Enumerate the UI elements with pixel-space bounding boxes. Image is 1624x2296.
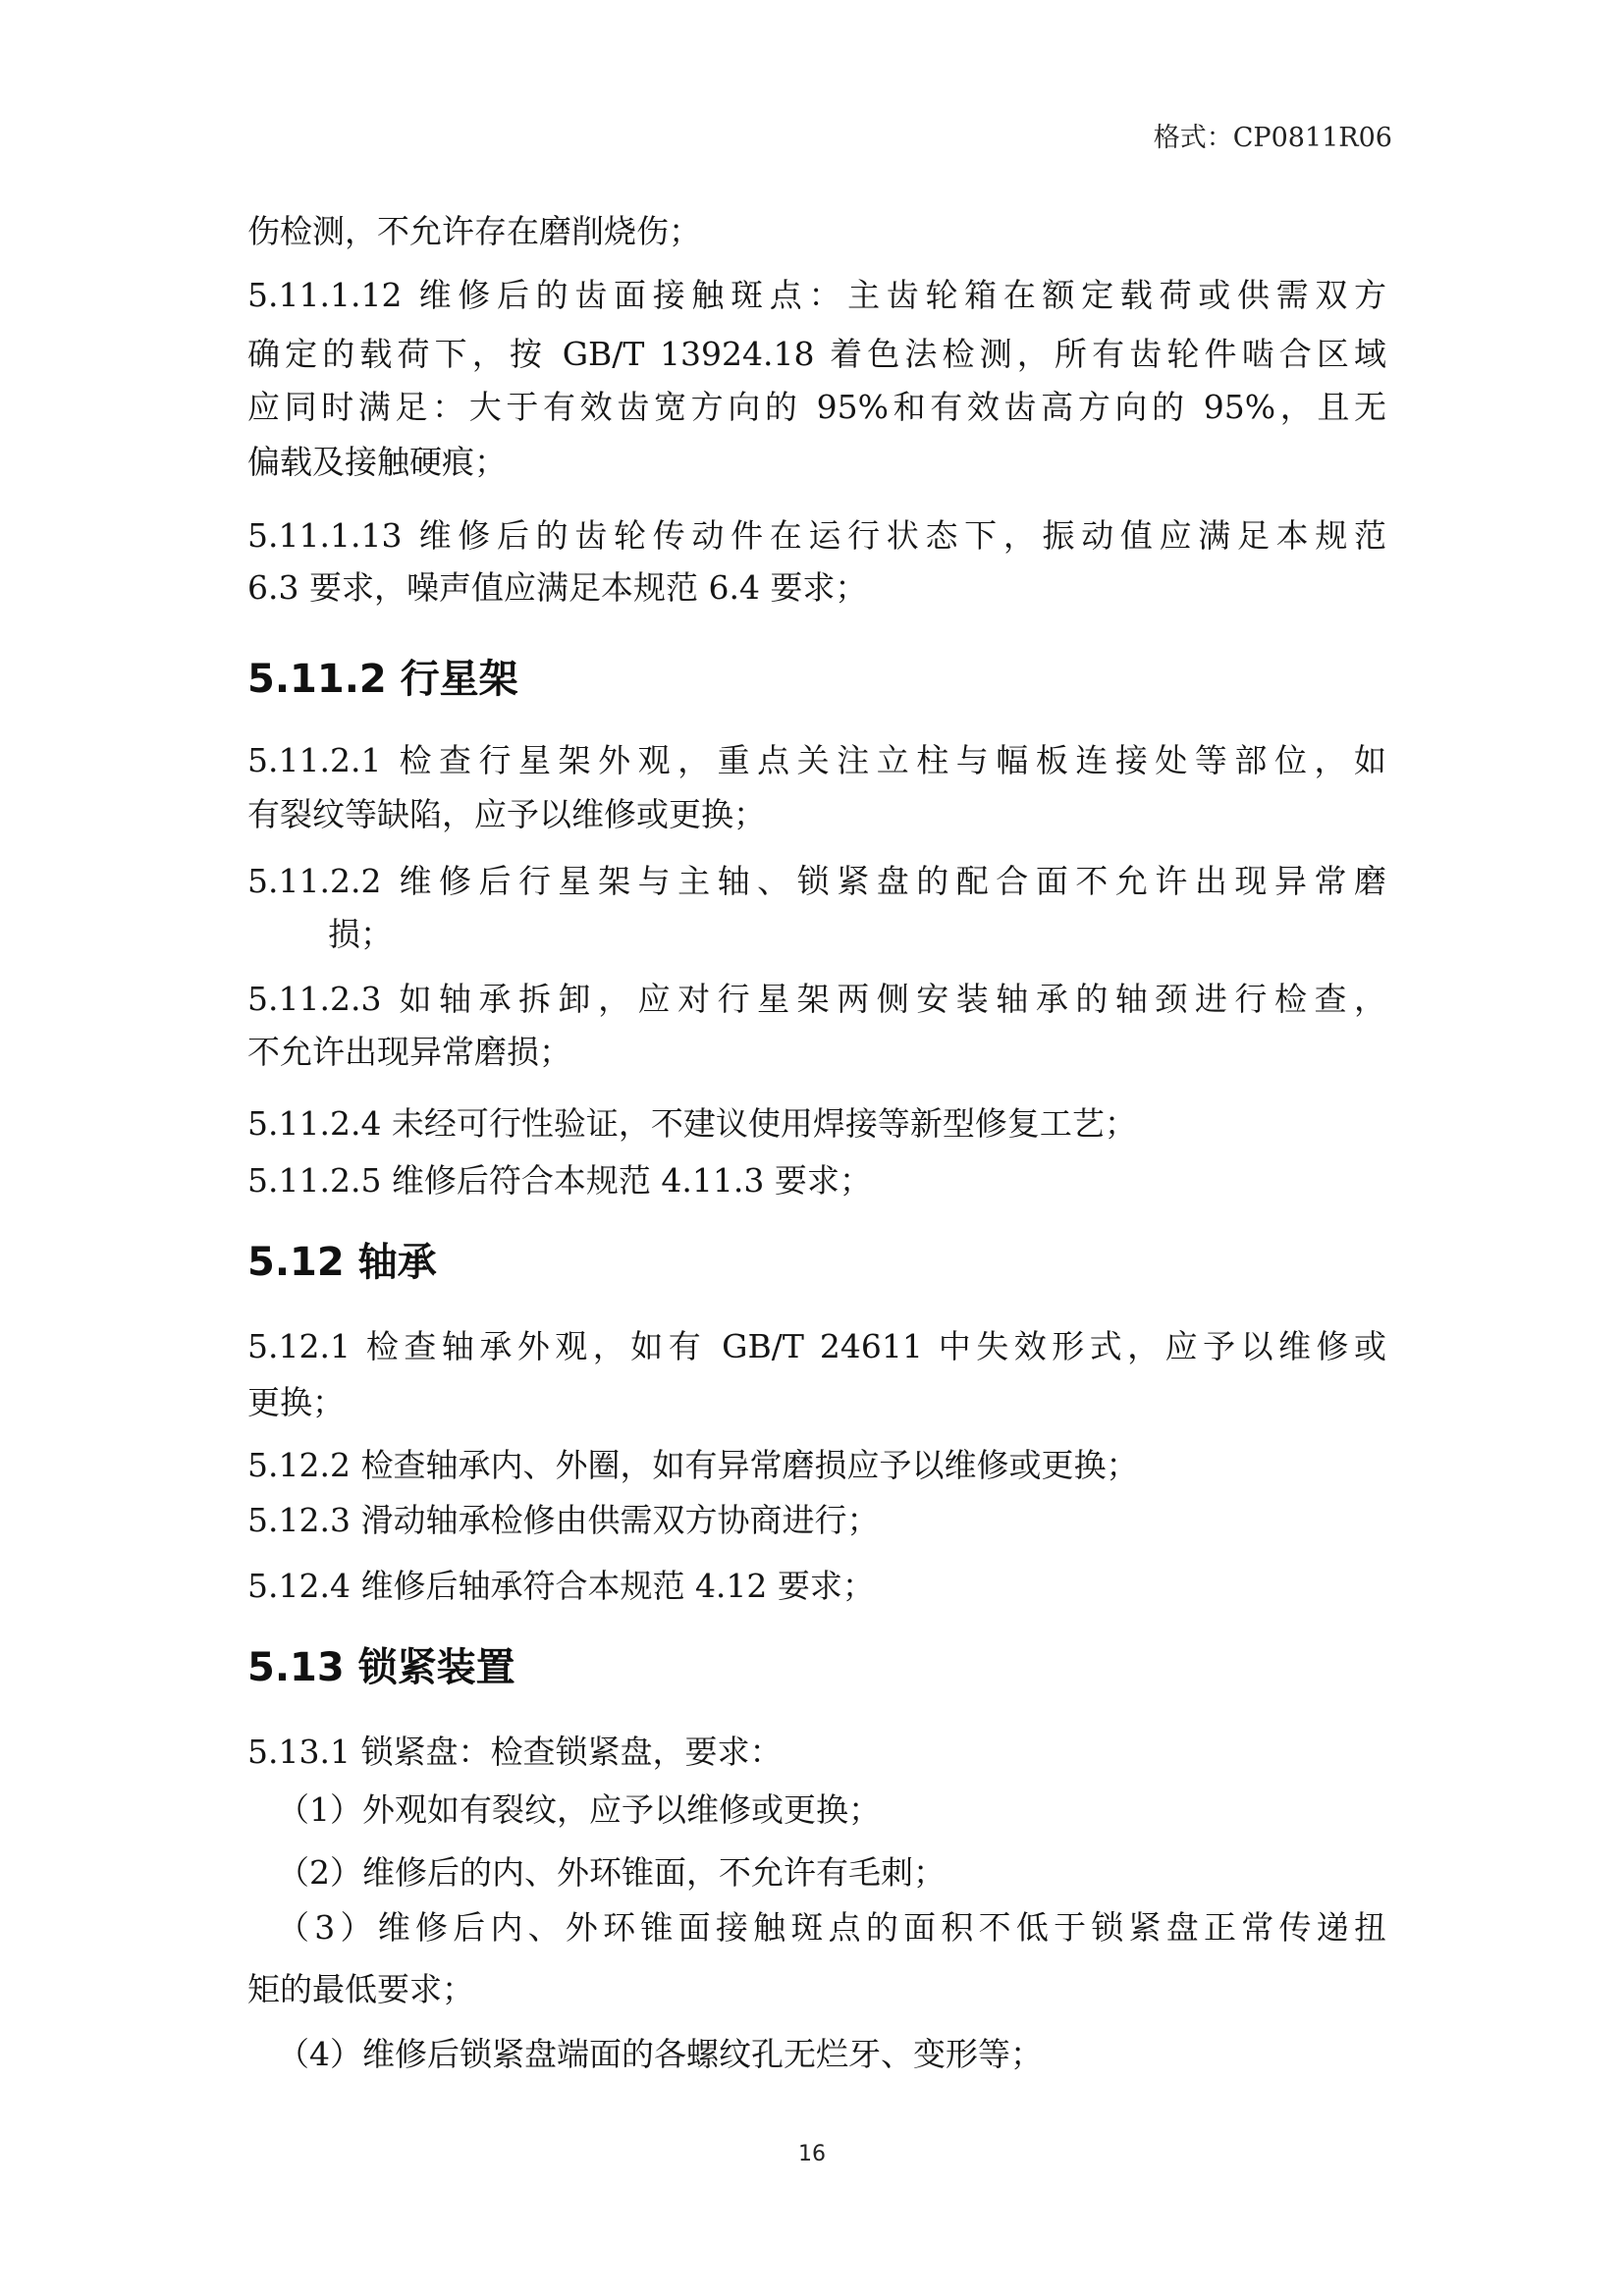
clause-5-12-2: 5.12.2 检查轴承内、外圈，如有异常磨损应予以维修或更换； — [247, 1441, 1386, 1490]
body-line: 伤检测，不允许存在磨削烧伤； — [247, 207, 1386, 256]
clause-5-11-1-12: 5.11.1.12 维修后的齿面接触斑点：主齿轮箱在额定载荷或供需双方 — [247, 271, 1386, 320]
clause-5-11-2-1: 5.11.2.1 检查行星架外观，重点关注立柱与幅板连接处等部位，如 — [247, 736, 1386, 785]
clause-5-11-2-4: 5.11.2.4 未经可行性验证，不建议使用焊接等新型修复工艺； — [247, 1099, 1386, 1148]
clause-5-11-2-3: 5.11.2.3 如轴承拆卸，应对行星架两侧安装轴承的轴颈进行检查， — [247, 975, 1386, 1024]
list-item-3: （3）维修后内、外环锥面接触斑点的面积不低于锁紧盘正常传递扭 — [277, 1903, 1386, 1952]
clause-5-12-4: 5.12.4 维修后轴承符合本规范 4.12 要求； — [247, 1562, 1386, 1611]
list-item-1: （1）外观如有裂纹，应予以维修或更换； — [277, 1786, 1386, 1835]
clause-5-11-1-13: 5.11.1.13 维修后的齿轮传动件在运行状态下，振动值应满足本规范 — [247, 511, 1386, 561]
section-heading-5-13: 5.13 锁紧装置 — [247, 1640, 515, 1695]
body-line: 确定的载荷下，按 GB/T 13924.18 着色法检测，所有齿轮件啮合区域 — [247, 330, 1386, 379]
clause-5-13-1: 5.13.1 锁紧盘：检查锁紧盘，要求： — [247, 1728, 1386, 1777]
section-heading-5-12: 5.12 轴承 — [247, 1235, 437, 1290]
clause-5-11-2-2: 5.11.2.2 维修后行星架与主轴、锁紧盘的配合面不允许出现异常磨 — [247, 857, 1386, 906]
list-item-4: （4）维修后锁紧盘端面的各螺纹孔无烂牙、变形等； — [277, 2030, 1386, 2079]
body-line: 不允许出现异常磨损； — [247, 1028, 1386, 1077]
page-number: 16 — [0, 2142, 1624, 2166]
body-line: 有裂纹等缺陷，应予以维修或更换； — [247, 790, 1386, 839]
format-code-header: 格式：CP0811R06 — [1154, 116, 1392, 154]
list-item-2: （2）维修后的内、外环锥面，不允许有毛刺； — [277, 1848, 1386, 1897]
document-page: 格式：CP0811R06 伤检测，不允许存在磨削烧伤； 5.11.1.12 维修… — [0, 0, 1624, 2296]
body-line: 矩的最低要求； — [247, 1965, 1386, 2014]
body-line: 损； — [328, 910, 1386, 959]
body-line: 6.3 要求，噪声值应满足本规范 6.4 要求； — [247, 563, 1386, 613]
body-line: 应同时满足：大于有效齿宽方向的 95%和有效齿高方向的 95%，且无 — [247, 383, 1386, 432]
clause-5-12-1: 5.12.1 检查轴承外观，如有 GB/T 24611 中失效形式，应予以维修或 — [247, 1322, 1386, 1371]
body-line: 偏载及接触硬痕； — [247, 438, 1386, 487]
clause-5-12-3: 5.12.3 滑动轴承检修由供需双方协商进行； — [247, 1496, 1386, 1545]
clause-5-11-2-5: 5.11.2.5 维修后符合本规范 4.11.3 要求； — [247, 1156, 1386, 1205]
section-heading-5-11-2: 5.11.2 行星架 — [247, 652, 518, 707]
body-line: 更换； — [247, 1378, 1386, 1427]
